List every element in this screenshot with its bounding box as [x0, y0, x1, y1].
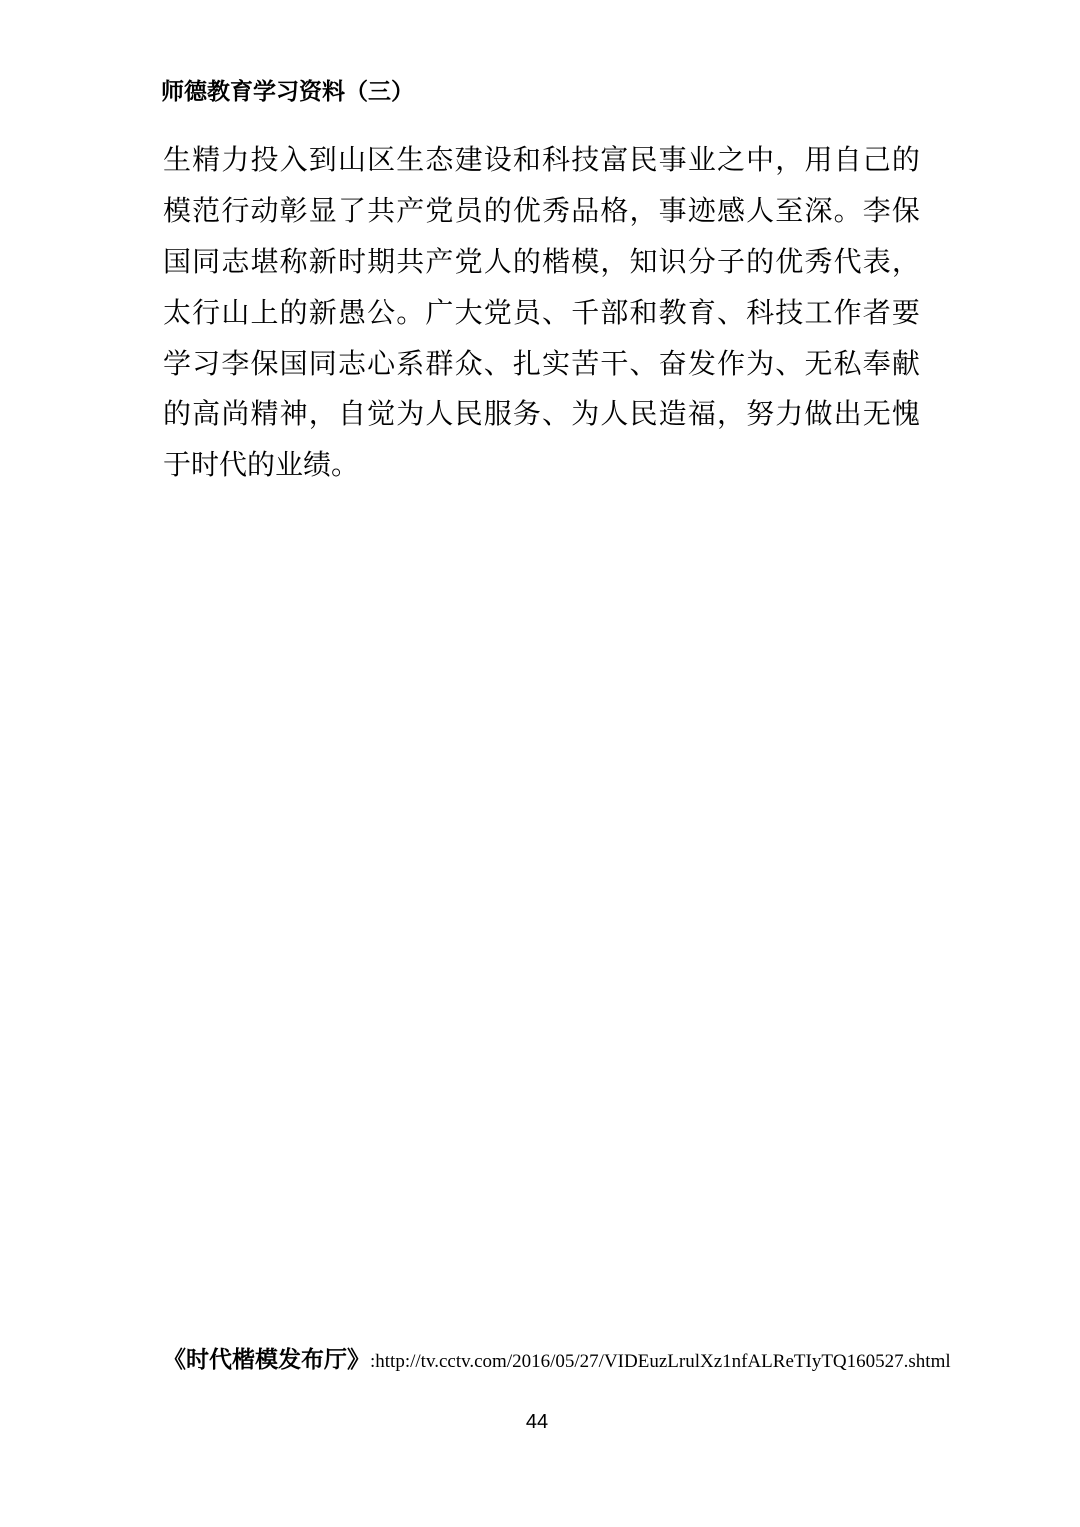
- body-text-line: 国同志堪称新时期共产党人的楷模，知识分子的优秀代表，: [163, 235, 920, 286]
- body-text-line: 的高尚精神，自觉为人民服务、为人民造福，努力做出无愧: [163, 387, 920, 438]
- page-number: 44: [0, 1410, 1074, 1434]
- body-text-line: 于时代的业绩。: [163, 438, 920, 489]
- document-page: 师德教育学习资料（三） 生精力投入到山区生态建设和科技富民事业之中，用自己的 模…: [0, 0, 1080, 1527]
- body-text-line: 太行山上的新愚公。广大党员、千部和教育、科技工作者要: [163, 285, 920, 336]
- footer-source-url: :http://tv.cctv.com/2016/05/27/VIDEuzLru…: [370, 1351, 951, 1372]
- document-body-text: 生精力投入到山区生态建设和科技富民事业之中，用自己的 模范行动彰显了共产党员的优…: [163, 133, 920, 489]
- header-title: 师德教育学习资料（三）: [161, 79, 414, 104]
- footer-source-title: 《时代楷模发布厅》: [163, 1347, 370, 1372]
- body-text-line: 生精力投入到山区生态建设和科技富民事业之中，用自己的: [163, 133, 920, 184]
- document-header: 师德教育学习资料（三）: [161, 77, 414, 107]
- body-text-line: 模范行动彰显了共产党员的优秀品格，事迹感人至深。李保: [163, 184, 920, 235]
- body-text-line: 学习李保国同志心系群众、扎实苦干、奋发作为、无私奉献: [163, 336, 920, 387]
- document-footer: 《时代楷模发布厅》:http://tv.cctv.com/2016/05/27/…: [163, 1343, 953, 1380]
